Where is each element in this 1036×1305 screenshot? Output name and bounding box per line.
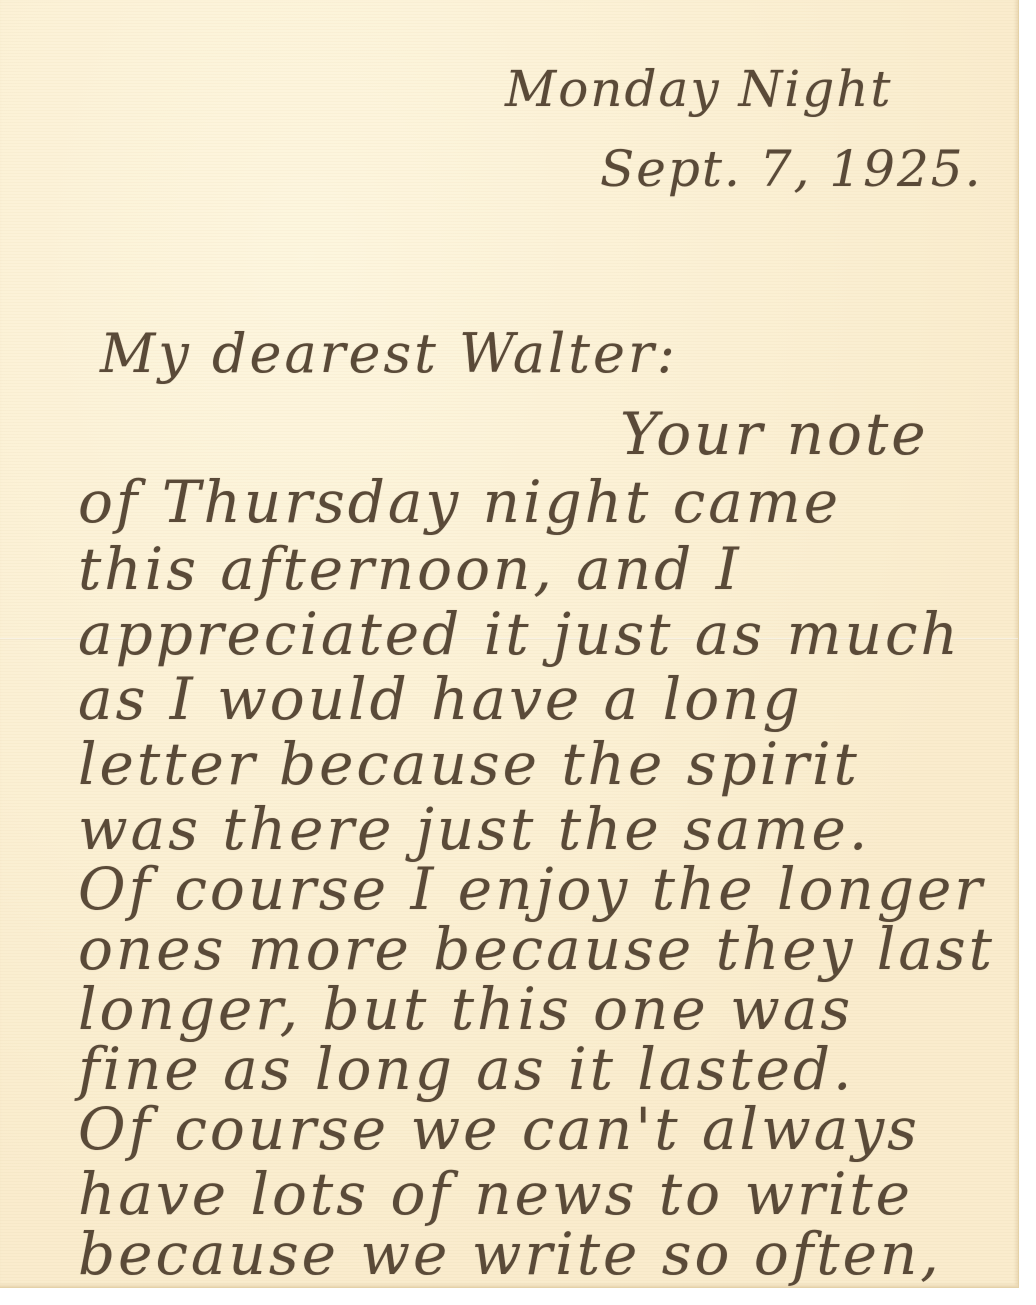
- letter-line: of Thursday night came: [78, 468, 841, 536]
- letter-line: ones more because they last: [78, 915, 995, 983]
- letter-page: Monday Night Sept. 7, 1925. My dearest W…: [0, 0, 1019, 1288]
- letter-line: appreciated it just as much: [78, 600, 961, 668]
- letter-line: Of course we can't always: [78, 1095, 920, 1163]
- letter-line: Of course I enjoy the longer: [78, 855, 985, 923]
- letter-line: fine as long as it lasted.: [78, 1035, 854, 1103]
- letter-line: this afternoon, and I: [78, 535, 742, 603]
- letter-day: Monday Night: [505, 60, 893, 118]
- letter-line: letter because the spirit: [78, 730, 860, 798]
- letter-salutation: My dearest Walter:: [100, 322, 678, 385]
- letter-line: Your note: [620, 400, 929, 468]
- letter-line: because we write so often,: [78, 1220, 942, 1288]
- letter-line: have lots of news to write: [78, 1160, 913, 1228]
- letter-line: was there just the same.: [78, 795, 870, 863]
- letter-line: as I would have a long: [78, 665, 803, 733]
- letter-date: Sept. 7, 1925.: [600, 140, 982, 198]
- letter-line: longer, but this one was: [78, 975, 853, 1043]
